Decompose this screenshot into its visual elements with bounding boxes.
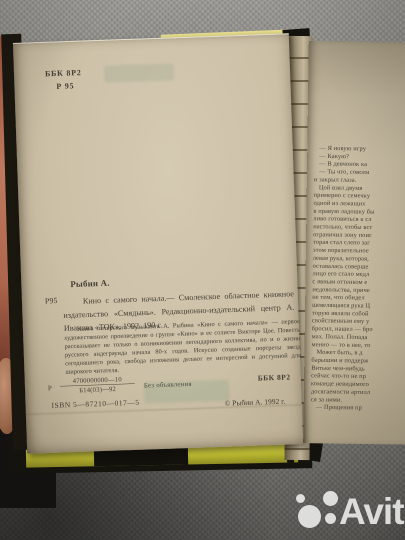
right-page-text: — Я новую игру — Какую? — В девчонок ка … [311, 144, 405, 414]
catalog-index-prefix: Р [48, 385, 52, 393]
catalog-letter: Р95 [45, 297, 58, 306]
avito-watermark-label: Avito [339, 488, 405, 536]
author-sign-code: Р 95 [56, 82, 74, 92]
avito-logo-circle [298, 505, 321, 528]
isbn-number: ISBN 5—87210—017—5 [51, 399, 139, 411]
copyright-page: ББК 8Р2 Р 95 Рыбин А. Р95 Кино с самого … [13, 33, 303, 453]
faded-stamp [144, 380, 230, 404]
annotation-text: Книга питерского музыканта А. Рыбина «Ки… [64, 317, 302, 376]
avito-logo-circle [296, 494, 305, 503]
catalog-index-fraction: 4700000000—10 Б14(03)—92 [60, 375, 136, 395]
avito-logo-circle [323, 491, 338, 506]
avito-logo-circle [325, 513, 336, 524]
faded-stamp [104, 63, 175, 82]
bbk-classification-code-bottom: ББК 8Р2 [258, 373, 291, 383]
right-book-page: — Я новую игру — Какую? — В девчонок ка … [303, 41, 405, 445]
book-photo: — Я новую игру — Какую? — В девчонок ка … [0, 0, 405, 540]
catalog-index-denominator: Б14(03)—92 [60, 384, 135, 395]
bbk-classification-code: ББК 8Р2 [45, 69, 82, 79]
author-heading: Рыбин А. [70, 278, 110, 290]
avito-watermark: Avito [284, 488, 405, 538]
book-text-line: — Прощения пр [311, 403, 405, 414]
